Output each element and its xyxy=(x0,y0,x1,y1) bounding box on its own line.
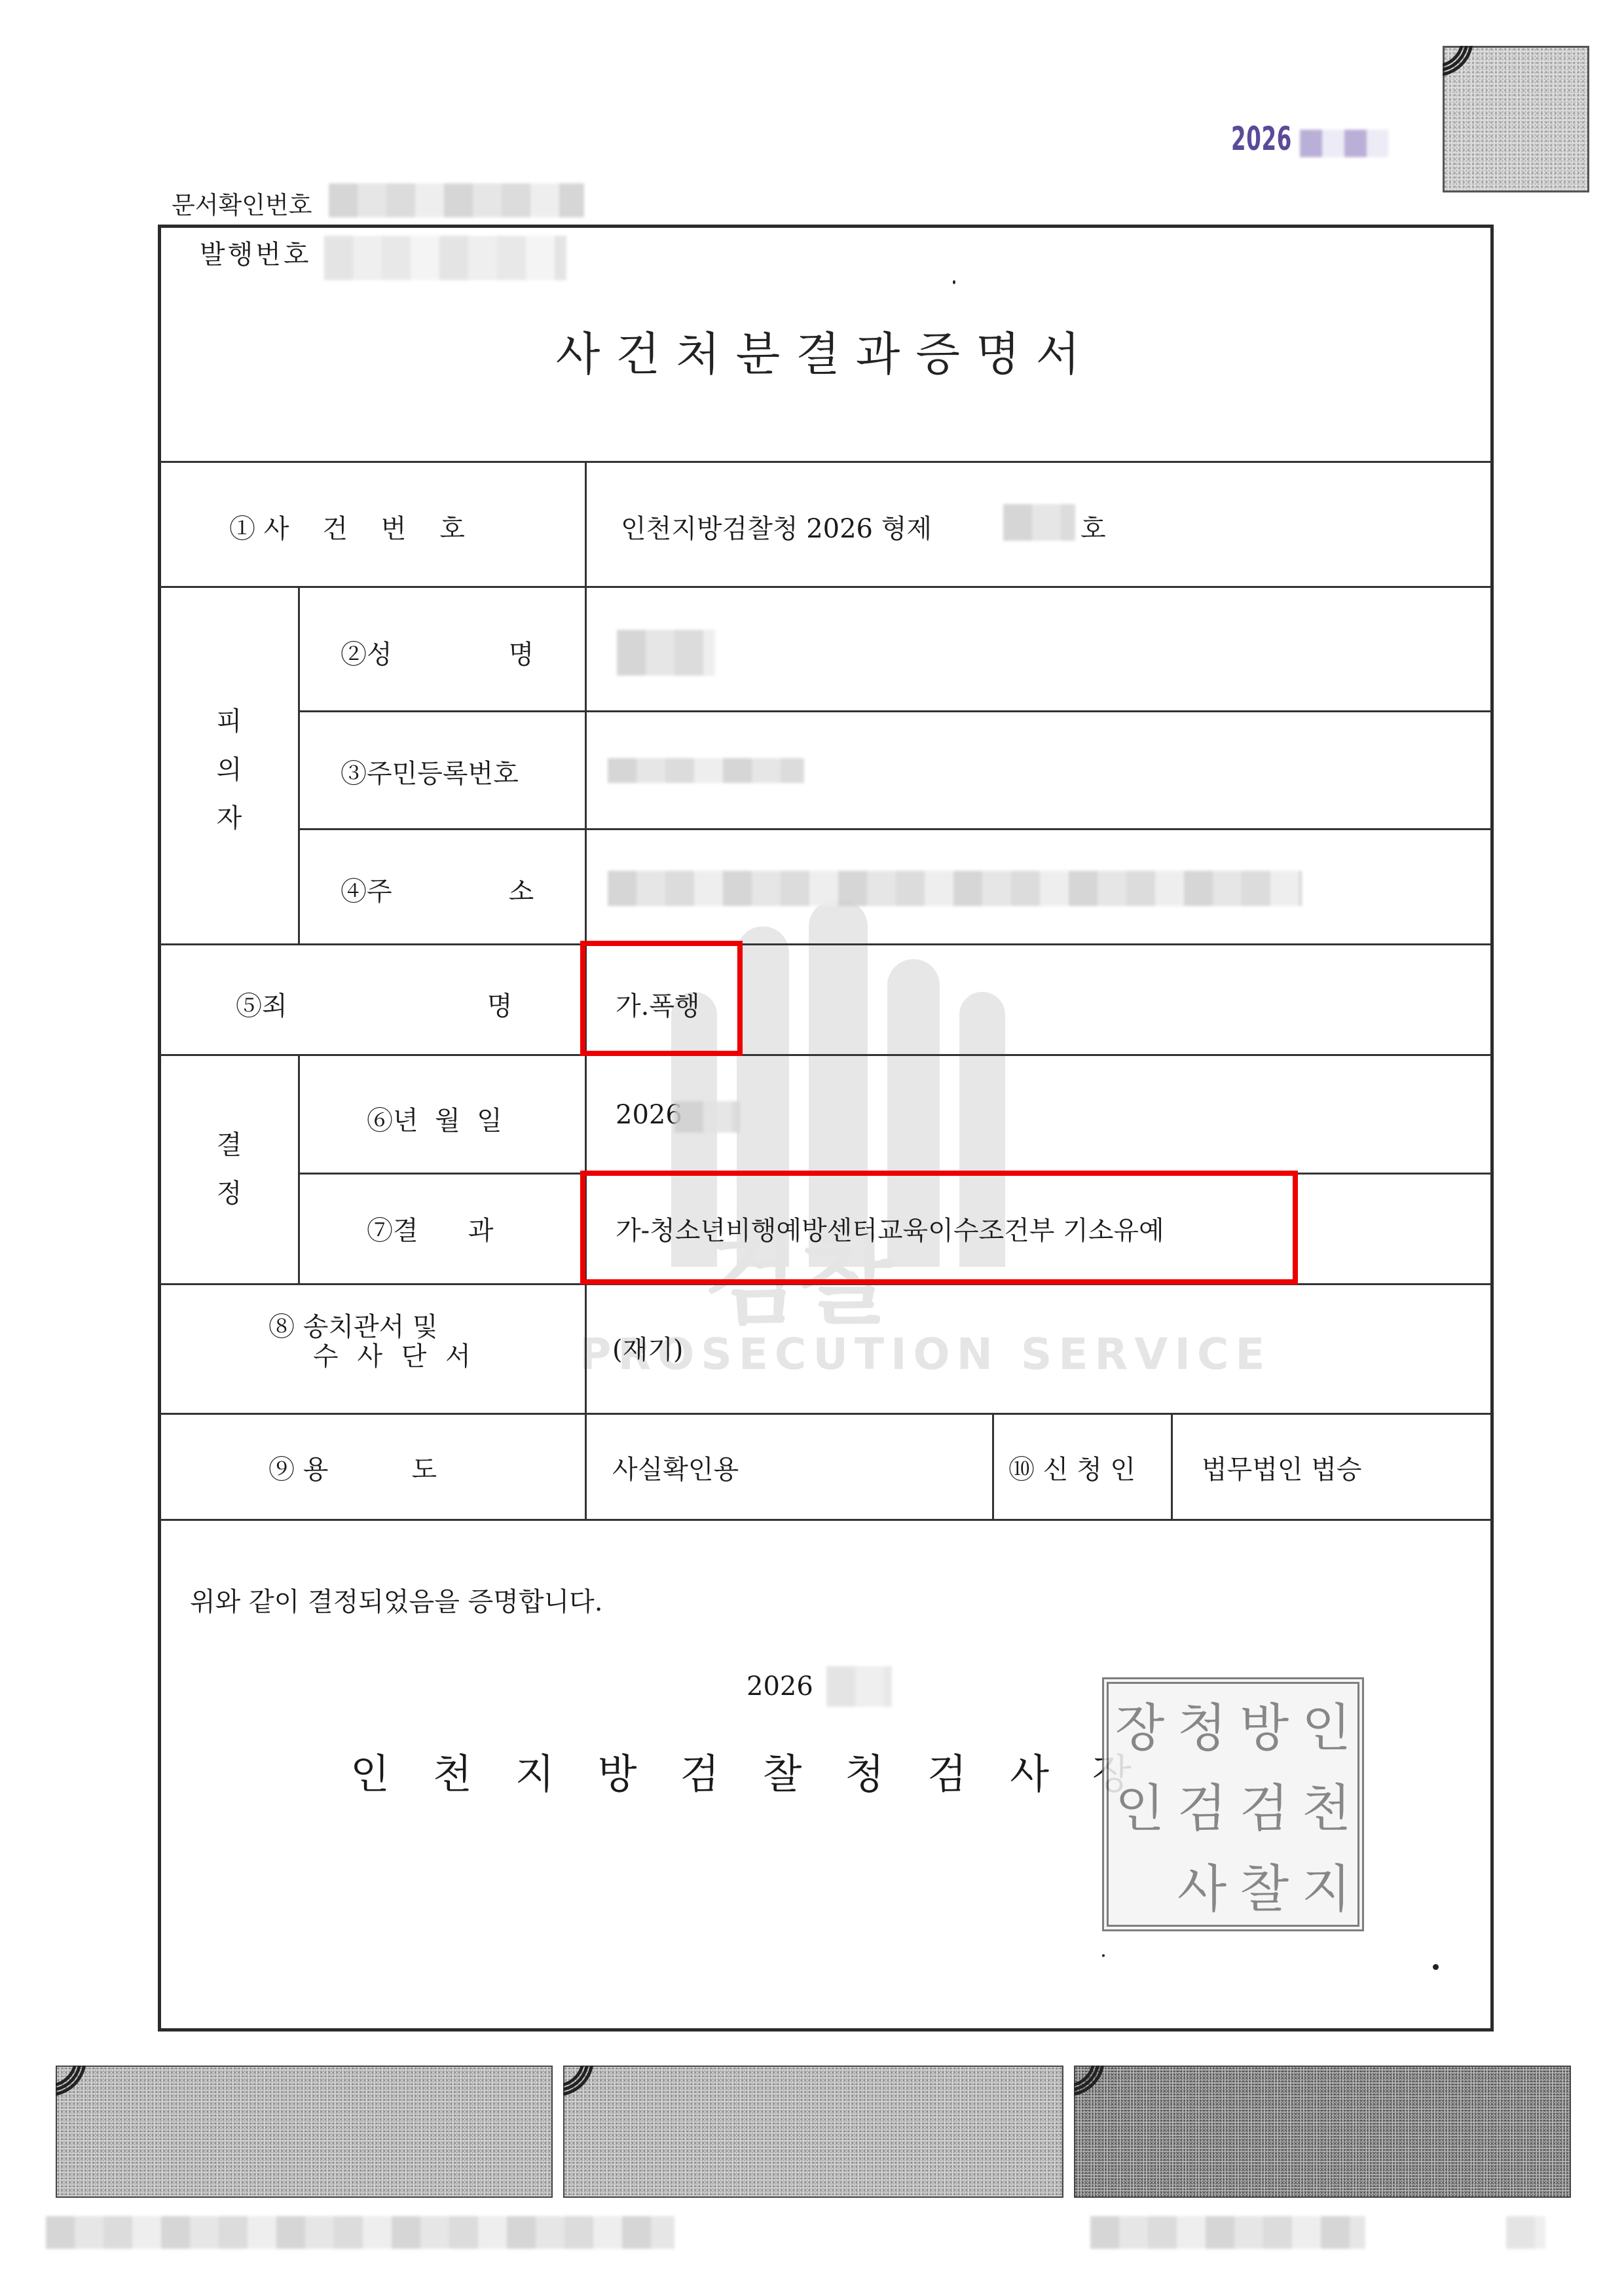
document-confirmation-label: 문서확인번호 xyxy=(172,185,312,221)
rule xyxy=(298,828,1492,830)
office-value: (재기) xyxy=(612,1329,684,1366)
redacted-year-tag xyxy=(1300,130,1388,157)
office-label-line2: 수 사 단 서 xyxy=(313,1342,476,1371)
rule xyxy=(298,587,300,945)
address-label: ④주 소 xyxy=(341,871,534,908)
seal-char: 인 xyxy=(1295,1684,1357,1764)
seal-char: 장 xyxy=(1109,1684,1171,1764)
purpose-value: 사실확인용 xyxy=(612,1449,739,1486)
result-label: ⑦결 과 xyxy=(367,1210,494,1247)
redacted-name xyxy=(617,630,715,676)
redacted-address xyxy=(608,871,1302,906)
decision-group-label: 결 정 xyxy=(210,1121,249,1218)
case-number-suffix: 호 xyxy=(1080,508,1106,545)
barcode-block-2-icon xyxy=(563,2066,1063,2198)
barcode-block-1-icon xyxy=(56,2066,553,2198)
seal-char: 청 xyxy=(1171,1684,1233,1764)
rule xyxy=(160,1413,1492,1415)
applicant-value: 법무법인 법승 xyxy=(1202,1449,1362,1486)
certification-text: 위와 같이 결정되었음을 증명합니다. xyxy=(190,1581,602,1618)
redacted-issue-number xyxy=(324,236,566,280)
redacted-footer-page xyxy=(1506,2216,1545,2249)
rule xyxy=(298,710,1492,712)
suspect-char: 의 xyxy=(210,746,249,794)
rule xyxy=(160,1519,1492,1521)
decision-char: 결 xyxy=(210,1121,249,1169)
seal-char: 방 xyxy=(1233,1684,1295,1764)
speck xyxy=(1102,1954,1105,1957)
office-label-line1: ⑧ 송치관서 및 xyxy=(268,1312,438,1342)
suspect-char: 피 xyxy=(210,697,249,746)
case-number-label: ① 사 건 번 호 xyxy=(229,508,465,545)
purpose-label: ⑨ 용 도 xyxy=(268,1449,437,1486)
rule xyxy=(160,461,1492,463)
case-number-value: 인천지방검찰청 2026 형제 xyxy=(621,508,932,545)
rule xyxy=(160,1054,1492,1056)
speck xyxy=(1433,1964,1439,1970)
redacted-footer-text-left xyxy=(46,2216,674,2249)
decision-char: 정 xyxy=(210,1169,249,1218)
barcode-block-3-icon xyxy=(1074,2066,1571,2198)
redacted-resident-number xyxy=(608,758,804,783)
rule xyxy=(160,943,1492,945)
issuer-name: 인천지방검찰청검사장 xyxy=(350,1741,1175,1800)
redacted-footer-text-right xyxy=(1090,2216,1365,2249)
seal-char xyxy=(1109,1844,1171,1925)
qr-code-icon xyxy=(1443,46,1589,192)
speck xyxy=(953,280,955,284)
charge-label: ⑤죄 명 xyxy=(236,985,512,1023)
redacted-decision-date xyxy=(674,1101,740,1133)
suspect-char: 자 xyxy=(210,794,249,843)
redacted-issue-date xyxy=(826,1666,892,1707)
document-title: 사건처분결과증명서 xyxy=(158,318,1494,384)
rule xyxy=(298,1055,300,1285)
issue-date-year: 2026 xyxy=(747,1671,813,1702)
seal-char: 검 xyxy=(1171,1764,1233,1845)
seal-char: 지 xyxy=(1295,1844,1357,1925)
seal-char: 인 xyxy=(1109,1764,1171,1845)
resident-number-label: ③주민등록번호 xyxy=(341,753,519,790)
redacted-document-confirmation-number xyxy=(329,183,584,217)
charge-highlight xyxy=(580,941,743,1056)
seal-char: 사 xyxy=(1171,1844,1233,1925)
rule xyxy=(992,1414,994,1520)
issue-number-label: 발행번호 xyxy=(200,234,312,271)
decision-date-label: ⑥년 월 일 xyxy=(367,1100,502,1137)
decision-date-value: 2026 xyxy=(616,1100,682,1130)
seal-char: 천 xyxy=(1295,1764,1357,1845)
official-seal-icon: 인 천 지 방 검 찰 청 검 사 장 인 xyxy=(1102,1677,1364,1931)
name-label: ②성 명 xyxy=(341,634,534,671)
result-highlight xyxy=(580,1171,1298,1285)
redacted-case-number xyxy=(1003,504,1075,541)
suspect-group-label: 피 의 자 xyxy=(210,697,249,843)
office-label: ⑧ 송치관서 및 xyxy=(268,1313,438,1341)
year-tag: 2026 xyxy=(1231,120,1292,158)
seal-char: 찰 xyxy=(1233,1844,1295,1925)
rule xyxy=(1171,1414,1173,1520)
seal-char: 검 xyxy=(1233,1764,1295,1845)
rule xyxy=(160,586,1492,588)
applicant-label: ⑩ 신 청 인 xyxy=(1008,1449,1135,1486)
